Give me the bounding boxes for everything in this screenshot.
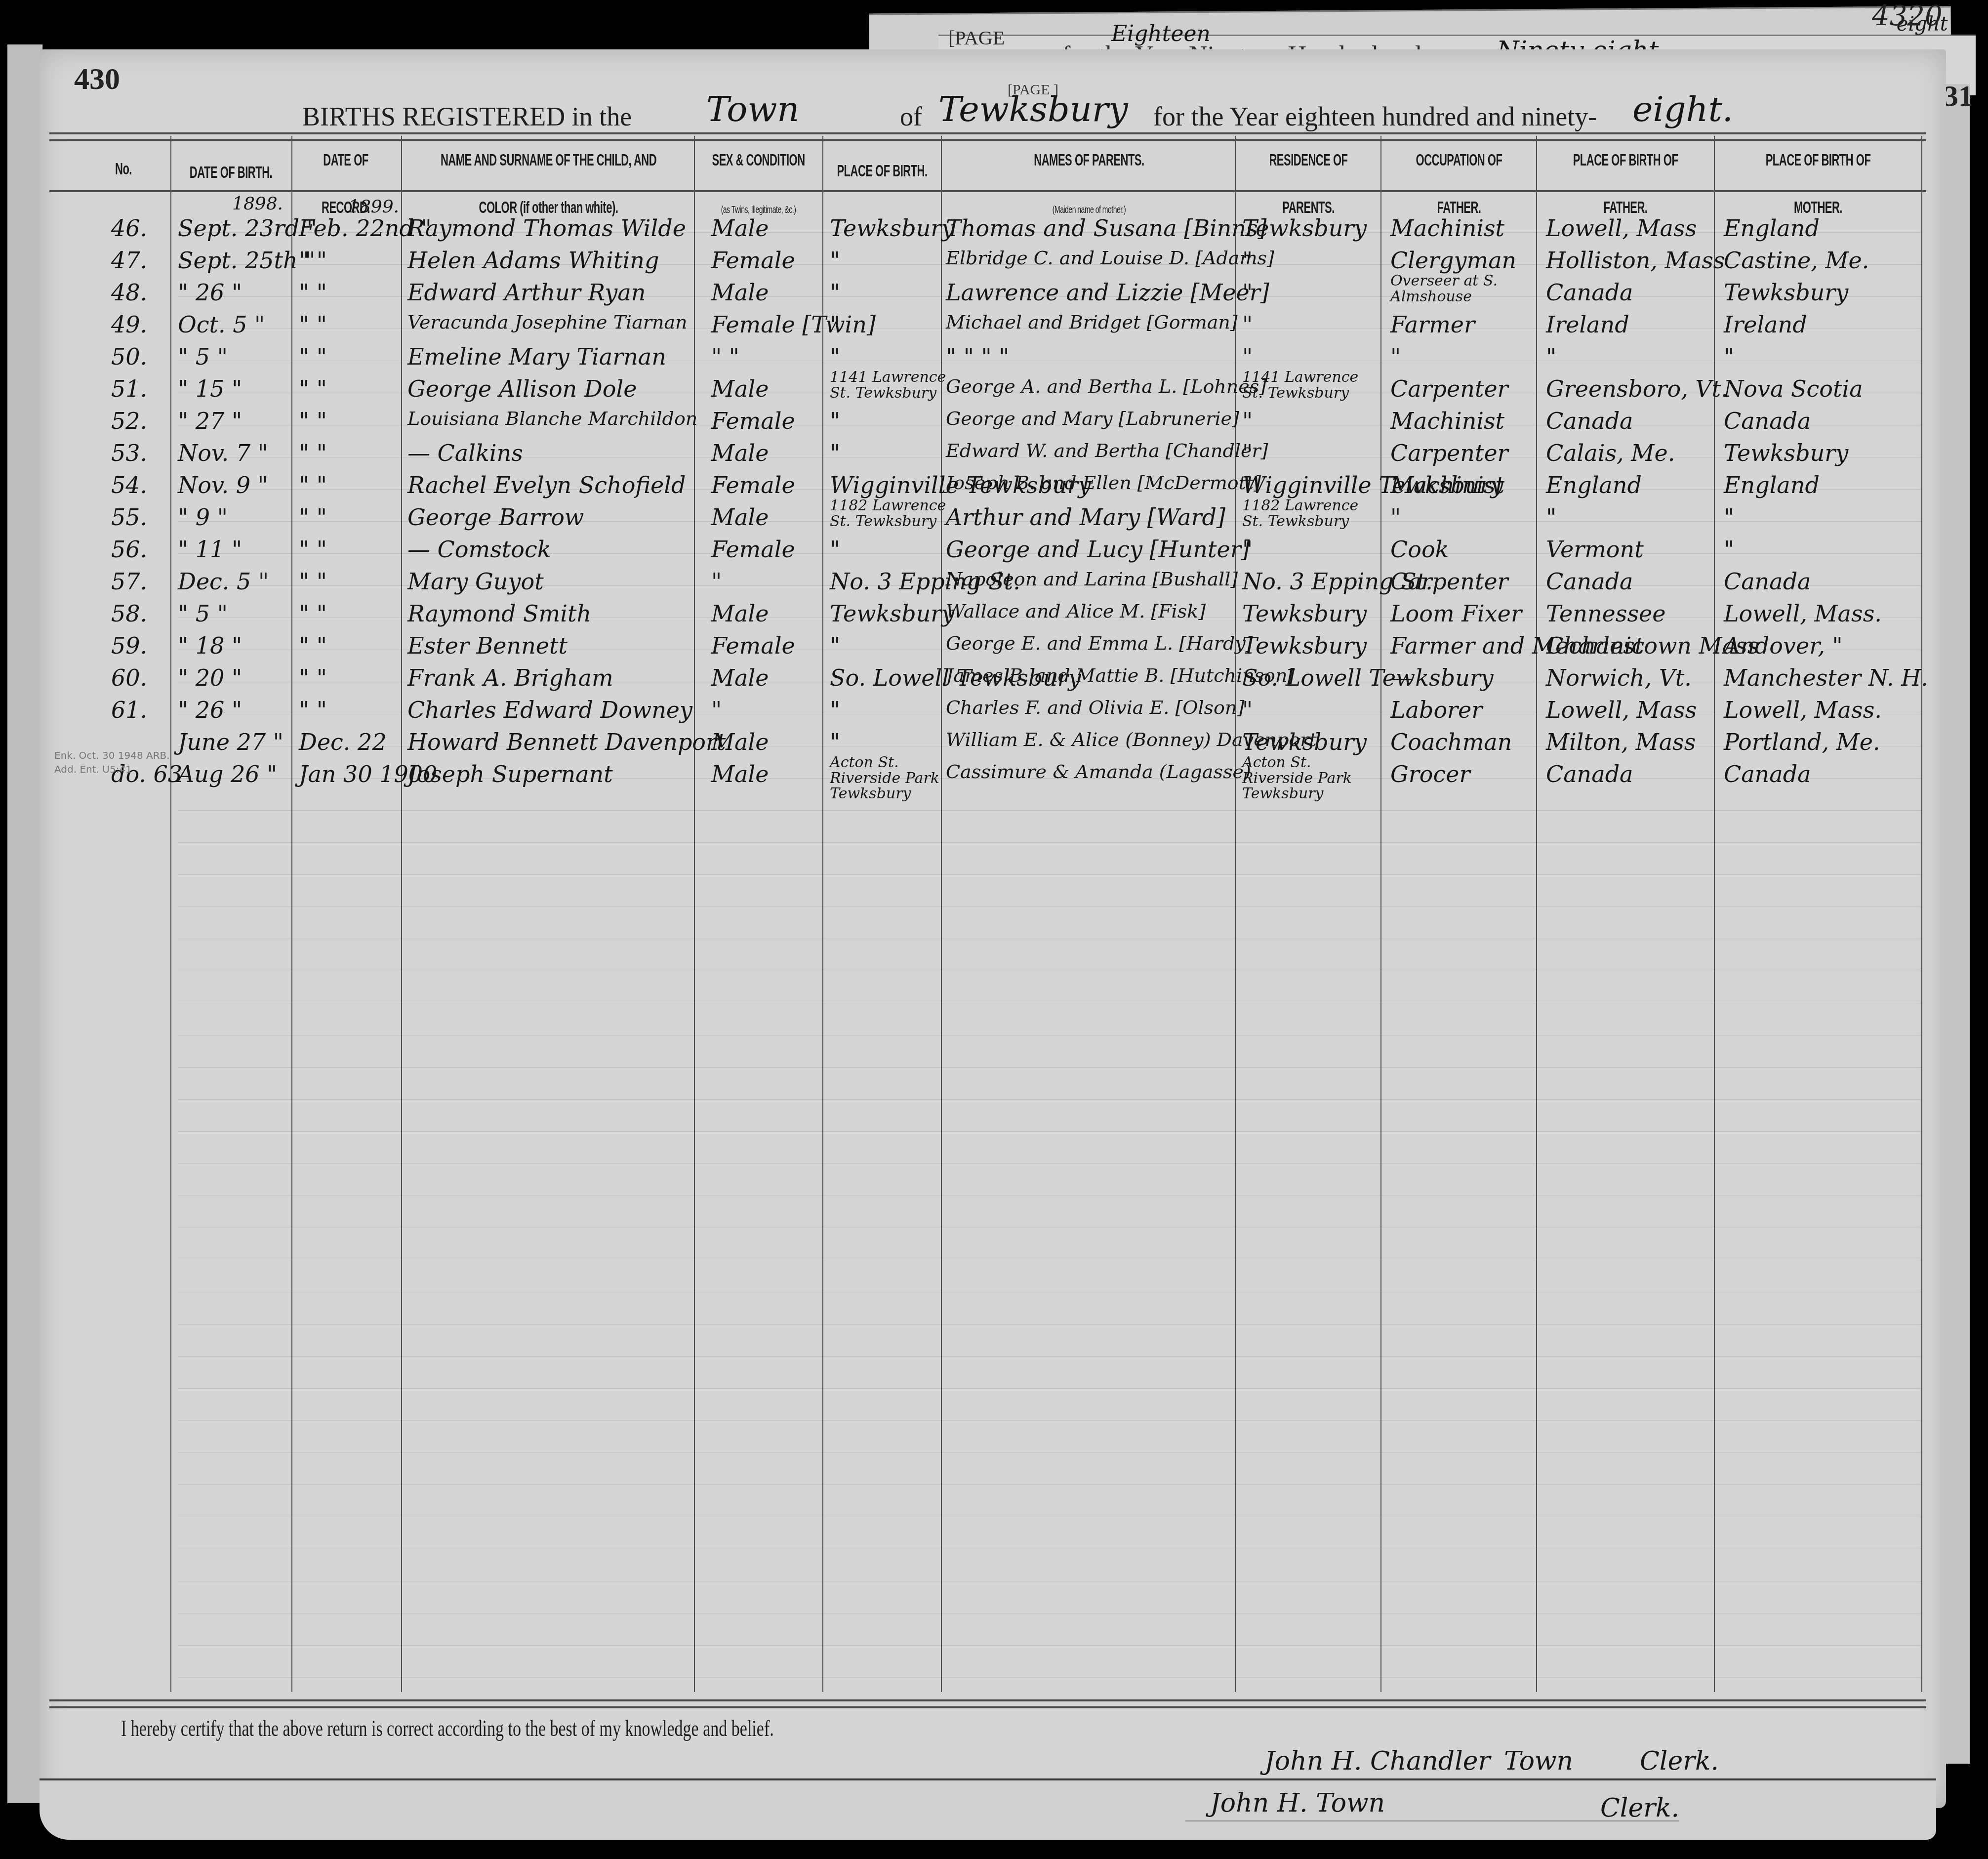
- birthplace-of-mother: Ireland: [1724, 311, 1807, 338]
- entry-number: 60.: [111, 664, 147, 691]
- table-row: 55. " 9 " " " George Barrow Male 1182 La…: [0, 504, 1988, 536]
- header-place-of-birth: PLACE OF BIRTH.: [825, 159, 939, 183]
- place-of-birth: ": [830, 536, 840, 563]
- table-row: 58. " 5 " " " Raymond Smith Male Tewksbu…: [0, 600, 1988, 632]
- occupation-of-father: Machinist: [1390, 408, 1504, 434]
- place-of-birth: Tewksbury: [830, 600, 954, 627]
- child-name: Louisiana Blanche Marchildon: [407, 408, 697, 429]
- ruled-line: [178, 1485, 1921, 1485]
- date-of-birth: Dec. 5 ": [178, 568, 269, 595]
- birthplace-of-mother: Nova Scotia: [1724, 375, 1863, 402]
- occupation-of-father: Laborer: [1390, 697, 1482, 723]
- child-name: — Comstock: [407, 536, 551, 563]
- birthplace-of-mother: Canada: [1724, 761, 1811, 787]
- table-row: 49. Oct. 5 " " " Veracunda Josephine Tia…: [0, 311, 1988, 343]
- birthplace-of-mother: Portland, Me.: [1724, 729, 1880, 755]
- date-of-birth: Sept. 23rd ": [178, 215, 317, 242]
- entry-number: 57.: [111, 568, 147, 595]
- date-of-birth: Oct. 5 ": [178, 311, 265, 338]
- child-name: Raymond Smith: [407, 600, 591, 627]
- birthplace-of-mother: Lowell, Mass.: [1724, 697, 1882, 723]
- parents-names: George and Mary [Labrunerie]: [946, 408, 1239, 429]
- date-of-birth: " 11 ": [178, 536, 242, 563]
- date-of-record: " ": [299, 247, 327, 274]
- ruled-line: [178, 1388, 1921, 1389]
- ruled-line: [178, 1549, 1921, 1549]
- occupation-of-father: Grocer: [1390, 761, 1470, 787]
- entry-number: 48.: [111, 279, 147, 306]
- table-row: 53. Nov. 7 " " " — Calkins Male " Edward…: [0, 440, 1988, 471]
- child-name: Mary Guyot: [407, 568, 544, 595]
- date-of-record: " ": [299, 472, 327, 498]
- birthplace-of-father: Ireland: [1546, 311, 1629, 338]
- ruled-line: [178, 1581, 1921, 1581]
- ruled-line: [178, 1196, 1921, 1196]
- parents-names: Napoleon and Larina [Bushall]: [946, 568, 1238, 590]
- birthplace-of-father: Calais, Me.: [1546, 440, 1675, 466]
- residence-of-parents: 1182 Lawrence St. Tewksbury: [1242, 498, 1371, 529]
- child-name: George Allison Dole: [407, 375, 637, 402]
- ruled-line: [178, 939, 1921, 939]
- child-name: Emeline Mary Tiarnan: [407, 343, 666, 370]
- ruled-line: [178, 1517, 1921, 1517]
- birthplace-of-father: Holliston, Mass: [1546, 247, 1725, 274]
- sex-condition: Female: [711, 632, 795, 659]
- birthplace-of-father: Canada: [1546, 279, 1633, 306]
- header-pob-father: PLACE OF BIRTH OFFATHER.: [1539, 148, 1712, 219]
- entry-number: 50.: [111, 343, 147, 370]
- child-name: Howard Bennett Davenport: [407, 729, 726, 755]
- header-no: No.: [89, 157, 158, 181]
- birthplace-of-mother: Andover, ": [1724, 632, 1843, 659]
- occupation-of-father: Machinist: [1390, 215, 1504, 242]
- place-of-birth: ": [830, 311, 840, 338]
- residence-of-parents: So. Lowell Tewksbury: [1242, 664, 1494, 691]
- header-date-of-birth: DATE OF BIRTH.: [173, 161, 289, 184]
- sex-condition: ": [711, 568, 722, 595]
- entry-number: 52.: [111, 408, 147, 434]
- child-name: Helen Adams Whiting: [407, 247, 659, 274]
- residence-of-parents: ": [1242, 536, 1253, 563]
- entry-number: 58.: [111, 600, 147, 627]
- residence-of-parents: ": [1242, 408, 1253, 434]
- place-of-birth: 1141 Lawrence St. Tewksbury: [830, 370, 958, 401]
- residence-of-parents: ": [1242, 311, 1253, 338]
- clerk-role: Clerk.: [1640, 1746, 1719, 1776]
- occupation-of-father: Cook: [1390, 536, 1449, 563]
- ruled-line: [178, 1131, 1921, 1132]
- table-row: 61. " 26 " " " Charles Edward Downey " "…: [0, 697, 1988, 728]
- header-residence: RESIDENCE OFPARENTS.: [1237, 148, 1379, 219]
- birthplace-of-father: Canada: [1546, 408, 1633, 434]
- header-top-rule: [49, 132, 1926, 141]
- ruled-line: [178, 810, 1921, 811]
- date-of-birth: Nov. 9 ": [178, 472, 268, 498]
- corner-page-annotation: 4320: [1872, 0, 1943, 32]
- date-of-birth: " 18 ": [178, 632, 242, 659]
- child-name: Raymond Thomas Wilde: [407, 215, 686, 242]
- sex-condition: Female: [711, 408, 795, 434]
- date-of-birth: " 9 ": [178, 504, 228, 531]
- table-row: 48. " 26 " " " Edward Arthur Ryan Male "…: [0, 279, 1988, 311]
- ruled-line: [178, 1163, 1921, 1164]
- date-of-record: " ": [299, 408, 327, 434]
- table-row: 50. " 5 " " " Emeline Mary Tiarnan " " "…: [0, 343, 1988, 375]
- sex-condition: Male: [711, 600, 769, 627]
- place-of-birth: Acton St. Riverside Park Tewksbury: [830, 755, 958, 802]
- birthplace-of-mother: Canada: [1724, 408, 1811, 434]
- residence-of-parents: Tewksbury: [1242, 632, 1367, 659]
- date-of-birth: June 27 ": [178, 729, 284, 755]
- ruled-line: [178, 1067, 1921, 1068]
- table-bottom-rule: [49, 1699, 1926, 1708]
- occupation-of-father: Carpenter: [1390, 440, 1508, 466]
- occupation-of-father: Carpenter: [1390, 568, 1508, 595]
- residence-of-parents: Acton St. Riverside Park Tewksbury: [1242, 755, 1371, 802]
- child-name: Charles Edward Downey: [407, 697, 692, 723]
- birthplace-of-mother: Tewksbury: [1724, 279, 1848, 306]
- date-of-record: " ": [299, 504, 327, 531]
- place-of-birth: 1182 Lawrence St. Tewksbury: [830, 498, 958, 529]
- ruled-line: [178, 1420, 1921, 1421]
- child-name: — Calkins: [407, 440, 523, 466]
- parents-names: Joseph B. and Ellen [McDermott]: [946, 472, 1261, 494]
- header-occupation: OCCUPATION OFFATHER.: [1383, 148, 1535, 219]
- child-name: George Barrow: [407, 504, 584, 531]
- date-of-record: " ": [299, 343, 327, 370]
- date-of-record: " ": [299, 536, 327, 563]
- sex-condition: Male: [711, 440, 769, 466]
- birthplace-of-father: Tennessee: [1546, 600, 1665, 627]
- birthplace-of-father: ": [1546, 504, 1556, 531]
- child-name: Edward Arthur Ryan: [407, 279, 646, 306]
- parents-names: Elbridge C. and Louise D. [Adams]: [946, 247, 1274, 269]
- ruled-line: [178, 907, 1921, 907]
- underlying-clerk-role: Clerk.: [1600, 1793, 1679, 1823]
- entry-number: 49.: [111, 311, 147, 338]
- date-of-record: " ": [299, 600, 327, 627]
- place-of-birth: ": [830, 408, 840, 434]
- entry-number: 51.: [111, 375, 147, 402]
- date-of-record: " ": [299, 279, 327, 306]
- municipality-type: Town: [706, 89, 799, 129]
- date-of-record: " ": [299, 440, 327, 466]
- birthplace-of-father: Norwich, Vt.: [1546, 664, 1692, 691]
- table-row: 57. Dec. 5 " " " Mary Guyot " No. 3 Eppi…: [0, 568, 1988, 600]
- date-of-record: " ": [299, 697, 327, 723]
- sex-condition: Male: [711, 279, 769, 306]
- birthplace-of-father: Lowell, Mass: [1546, 697, 1697, 723]
- ruled-line: [178, 1324, 1921, 1324]
- table-row: 59. " 18 " " " Ester Bennett Female " Ge…: [0, 632, 1988, 664]
- birthplace-of-father: Vermont: [1546, 536, 1644, 563]
- ruled-line: [178, 1356, 1921, 1357]
- birthplace-of-mother: Canada: [1724, 568, 1811, 595]
- table-row: do. 63 Aug 26 " Jan 30 1900 Joseph Super…: [0, 761, 1988, 792]
- birthplace-of-mother: ": [1724, 536, 1734, 563]
- entry-number: 56.: [111, 536, 147, 563]
- table-row: 60. " 20 " " " Frank A. Brigham Male So.…: [0, 664, 1988, 696]
- place-of-birth: ": [830, 247, 840, 274]
- place-of-birth: Tewksbury: [830, 215, 954, 242]
- clerk-signature: John H. Chandler: [1264, 1746, 1490, 1776]
- sex-condition: Male: [711, 504, 769, 531]
- date-of-birth: " 5 ": [178, 343, 228, 370]
- occupation-of-father: Overseer at S. Almshouse: [1390, 273, 1534, 304]
- birthplace-of-mother: ": [1724, 504, 1734, 531]
- birthplace-of-father: Greensboro, Vt.: [1546, 375, 1728, 402]
- table-row: 47. Sept. 25th " " " Helen Adams Whiting…: [0, 247, 1988, 279]
- clerk-title-town: Town: [1504, 1746, 1573, 1776]
- date-of-birth: " 27 ": [178, 408, 242, 434]
- occupation-of-father: Loom Fixer: [1390, 600, 1522, 627]
- sex-condition: Female: [711, 472, 795, 498]
- date-of-birth: Aug 26 ": [178, 761, 277, 787]
- date-of-record: " ": [299, 375, 327, 402]
- parents-names: George A. and Bertha L. [Lohnes]: [946, 375, 1266, 397]
- parents-names: George E. and Emma L. [Hardy]: [946, 632, 1253, 654]
- underlying-page-label: [PAGE: [948, 26, 1005, 49]
- entry-number: 53.: [111, 440, 147, 466]
- date-of-birth: Sept. 25th ": [178, 247, 315, 274]
- birthplace-of-mother: Manchester N. H.: [1724, 664, 1928, 691]
- header-parents: NAMES OF PARENTS.(Maiden name of mother.…: [943, 148, 1235, 219]
- parents-names: Cassimure & Amanda (Lagasse): [946, 761, 1251, 783]
- header-sex-condition: SEX & CONDITION(as Twins, Illegitimate, …: [695, 148, 821, 219]
- date-of-record: " ": [299, 568, 327, 595]
- residence-of-parents: ": [1242, 440, 1253, 466]
- residence-of-parents: ": [1242, 697, 1253, 723]
- sex-condition: Male: [711, 761, 769, 787]
- child-name: Veracunda Josephine Tiarnan: [407, 311, 688, 333]
- residence-of-parents: Tewksbury: [1242, 215, 1367, 242]
- ruled-line: [178, 874, 1921, 875]
- certification-statement: I hereby certify that the above return i…: [121, 1717, 774, 1742]
- parents-names: Arthur and Mary [Ward]: [946, 504, 1225, 531]
- sex-condition: Male: [711, 215, 769, 242]
- occupation-of-father: ": [1390, 343, 1401, 370]
- birthplace-of-father: Canada: [1546, 568, 1633, 595]
- ruled-line: [178, 1260, 1921, 1260]
- place-of-birth: ": [830, 697, 840, 723]
- residence-of-parents: ": [1242, 279, 1253, 306]
- ruled-line: [178, 1228, 1921, 1228]
- margin-annotation: Enk. Oct. 30 1948 ARB. Add. Ent. U5:41: [54, 748, 170, 776]
- birthplace-of-mother: Castine, Me.: [1724, 247, 1869, 274]
- residence-of-parents: Tewksbury: [1242, 729, 1367, 755]
- occupation-of-father: —: [1390, 664, 1413, 691]
- ruled-line: [178, 1292, 1921, 1292]
- residence-of-parents: 1141 Lawrence St. Tewksbury: [1242, 370, 1371, 401]
- parents-names: Thomas and Susana [Binns]: [946, 215, 1267, 242]
- entry-number: 61.: [111, 697, 147, 723]
- ruled-line: [178, 842, 1921, 843]
- ruled-line: [178, 1035, 1921, 1035]
- occupation-of-father: Machinist: [1390, 472, 1504, 498]
- place-of-birth: ": [830, 632, 840, 659]
- date-of-record: " ": [299, 311, 327, 338]
- birthplace-of-father: Lowell, Mass: [1546, 215, 1697, 242]
- title-prefix: BIRTHS REGISTERED in the: [302, 101, 632, 132]
- municipality-name: Tewksbury: [938, 89, 1128, 129]
- date-of-birth: " 5 ": [178, 600, 228, 627]
- parents-names: Michael and Bridget [Gorman]: [946, 311, 1238, 333]
- sex-condition: Male: [711, 375, 769, 402]
- child-name: Joseph Supernant: [407, 761, 613, 787]
- sex-condition: " ": [711, 343, 739, 370]
- title-year-suffix: eight.: [1632, 89, 1733, 129]
- parents-names: Wallace and Alice M. [Fisk]: [946, 600, 1206, 622]
- birthplace-of-mother: Tewksbury: [1724, 440, 1848, 466]
- ruled-line: [178, 1003, 1921, 1003]
- table-row: 46. Sept. 23rd " Feb. 22nd " Raymond Tho…: [0, 215, 1988, 247]
- date-of-birth: Nov. 7 ": [178, 440, 268, 466]
- record-year-heading: 1899.: [348, 197, 399, 217]
- place-of-birth: ": [830, 440, 840, 466]
- underlying-clerk-signature: John H. Town: [1210, 1788, 1385, 1818]
- header-name: NAME AND SURNAME OF THE CHILD, ANDCOLOR …: [404, 148, 693, 219]
- residence-of-parents: ": [1242, 247, 1253, 274]
- sex-condition: Female: [711, 536, 795, 563]
- date-of-record: " ": [299, 632, 327, 659]
- table-row: 54. Nov. 9 " " " Rachel Evelyn Schofield…: [0, 472, 1988, 503]
- date-of-record: Dec. 22: [299, 729, 387, 755]
- sex-condition: ": [711, 697, 722, 723]
- birthplace-of-mother: ": [1724, 343, 1734, 370]
- child-name: Frank A. Brigham: [407, 664, 613, 691]
- birthplace-of-mother: Lowell, Mass.: [1724, 600, 1882, 627]
- ruled-line: [178, 1099, 1921, 1100]
- birthplace-of-father: England: [1546, 472, 1642, 498]
- place-of-birth: ": [830, 729, 840, 755]
- place-of-birth: ": [830, 279, 840, 306]
- residence-of-parents: ": [1242, 343, 1253, 370]
- table-row: 52. " 27 " " " Louisiana Blanche Marchil…: [0, 408, 1988, 439]
- entry-number: 59.: [111, 632, 147, 659]
- occupation-of-father: ": [1390, 504, 1401, 531]
- entry-number: 55.: [111, 504, 147, 531]
- sex-condition: Female [Twin]: [711, 311, 876, 338]
- date-of-birth: " 26 ": [178, 279, 242, 306]
- sex-condition: Male: [711, 729, 769, 755]
- date-of-birth: " 15 ": [178, 375, 242, 402]
- entry-number: 54.: [111, 472, 147, 498]
- child-name: Rachel Evelyn Schofield: [407, 472, 686, 498]
- entry-number: 46.: [111, 215, 147, 242]
- birthplace-of-father: Canada: [1546, 761, 1633, 787]
- table-row: 56. " 11 " " " — Comstock Female " Georg…: [0, 536, 1988, 568]
- entry-number: 47.: [111, 247, 147, 274]
- sex-condition: Female: [711, 247, 795, 274]
- occupation-of-father: Clergyman: [1390, 247, 1516, 274]
- title-of-label: of: [900, 101, 922, 132]
- parents-names: George and Lucy [Hunter]: [946, 536, 1250, 563]
- table-row: June 27 " Dec. 22 Howard Bennett Davenpo…: [0, 729, 1988, 760]
- ruled-line: [178, 1645, 1921, 1646]
- occupation-of-father: Coachman: [1390, 729, 1512, 755]
- ruled-line: [178, 971, 1921, 971]
- date-of-birth: " 20 ": [178, 664, 242, 691]
- date-of-birth: " 26 ": [178, 697, 242, 723]
- birthplace-of-father: ": [1546, 343, 1556, 370]
- occupation-of-father: Carpenter: [1390, 375, 1508, 402]
- facing-page-number: 31: [1944, 79, 1973, 113]
- parents-names: " " " ": [946, 343, 1010, 370]
- birthplace-of-father: Milton, Mass: [1546, 729, 1696, 755]
- child-name: Ester Bennett: [407, 632, 568, 659]
- ruled-line: [178, 1677, 1921, 1678]
- birthplace-of-mother: England: [1724, 215, 1820, 242]
- date-of-record: " ": [299, 664, 327, 691]
- page-number: 430: [74, 62, 120, 97]
- birthplace-of-mother: England: [1724, 472, 1820, 498]
- parents-names: Charles F. and Olivia E. [Olson]: [946, 697, 1244, 718]
- residence-of-parents: Tewksbury: [1242, 600, 1367, 627]
- birth-year-heading: 1898.: [232, 194, 283, 214]
- parents-names: Lawrence and Lizzie [Meer]: [946, 279, 1269, 306]
- ruled-line: [178, 1452, 1921, 1453]
- place-of-birth: ": [830, 343, 840, 370]
- header-pob-mother: PLACE OF BIRTH OFMOTHER.: [1716, 148, 1920, 219]
- parents-names: Edward W. and Bertha [Chandler]: [946, 440, 1268, 461]
- ruled-line: [178, 1613, 1921, 1613]
- occupation-of-father: Farmer: [1390, 311, 1475, 338]
- table-row: 51. " 15 " " " George Allison Dole Male …: [0, 375, 1988, 407]
- title-year-prefix: for the Year eighteen hundred and ninety…: [1153, 101, 1597, 132]
- sex-condition: Male: [711, 664, 769, 691]
